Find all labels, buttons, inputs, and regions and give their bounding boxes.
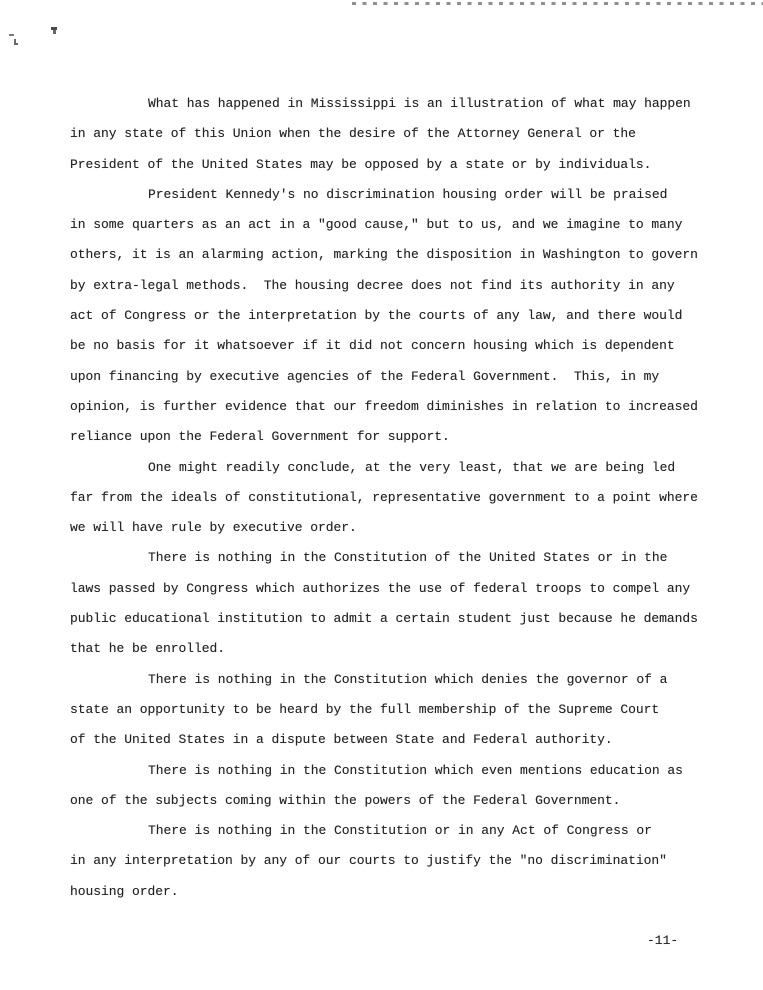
text-line: laws passed by Congress which authorizes… <box>70 574 718 604</box>
text-line: one of the subjects coming within the po… <box>70 786 718 816</box>
text-line: by extra-legal methods. The housing decr… <box>70 271 718 301</box>
text-line: we will have rule by executive order. <box>70 513 718 543</box>
typewritten-text-block: What has happened in Mississippi is an i… <box>70 89 718 907</box>
paragraph: There is nothing in the Constitution whi… <box>70 665 718 756</box>
text-line: of the United States in a dispute betwee… <box>70 725 718 755</box>
text-line: President of the United States may be op… <box>70 150 718 180</box>
text-line: others, it is an alarming action, markin… <box>70 240 718 270</box>
text-line: that he be enrolled. <box>70 634 718 664</box>
text-line: President Kennedy's no discrimination ho… <box>70 180 718 210</box>
text-line: There is nothing in the Constitution or … <box>70 816 718 846</box>
text-line: One might readily conclude, at the very … <box>70 453 718 483</box>
text-line: upon financing by executive agencies of … <box>70 362 718 392</box>
text-line: be no basis for it whatsoever if it did … <box>70 331 718 361</box>
text-line: reliance upon the Federal Government for… <box>70 422 718 452</box>
paragraph: There is nothing in the Constitution whi… <box>70 756 718 817</box>
paragraph: President Kennedy's no discrimination ho… <box>70 180 718 453</box>
paragraph: There is nothing in the Constitution or … <box>70 816 718 907</box>
scan-speck <box>9 34 14 36</box>
text-line: in any interpretation by any of our cour… <box>70 846 718 876</box>
text-line: act of Congress or the interpretation by… <box>70 301 718 331</box>
text-line: public educational institution to admit … <box>70 604 718 634</box>
text-line: There is nothing in the Constitution of … <box>70 543 718 573</box>
perforation-dots <box>352 2 763 5</box>
text-line: housing order. <box>70 877 718 907</box>
text-line: in some quarters as an act in a "good ca… <box>70 210 718 240</box>
page-number: -11- <box>647 931 678 951</box>
text-line: state an opportunity to be heard by the … <box>70 695 718 725</box>
text-line: What has happened in Mississippi is an i… <box>70 89 718 119</box>
paragraph: There is nothing in the Constitution of … <box>70 543 718 664</box>
scan-speck <box>53 30 56 34</box>
text-line: There is nothing in the Constitution whi… <box>70 665 718 695</box>
paragraph: One might readily conclude, at the very … <box>70 453 718 544</box>
scan-speck <box>14 43 18 45</box>
document-page: What has happened in Mississippi is an i… <box>0 0 763 990</box>
text-line: There is nothing in the Constitution whi… <box>70 756 718 786</box>
text-line: in any state of this Union when the desi… <box>70 119 718 149</box>
text-line: opinion, is further evidence that our fr… <box>70 392 718 422</box>
text-line: far from the ideals of constitutional, r… <box>70 483 718 513</box>
paragraph: What has happened in Mississippi is an i… <box>70 89 718 180</box>
